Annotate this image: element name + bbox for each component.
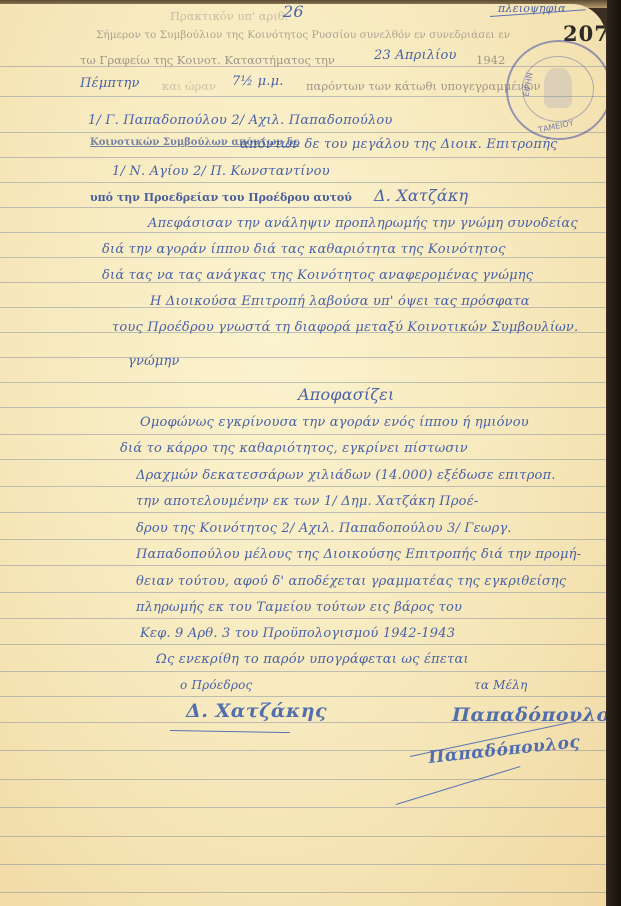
- signature-flourish: [396, 766, 521, 805]
- ruled-line: [0, 836, 606, 837]
- ruled-line: [0, 207, 606, 208]
- meeting-time: 7½ μ.μ.: [232, 74, 284, 89]
- ruled-line: [0, 892, 606, 893]
- body-line: Ομοφώνως εγκρίνουσα την αγοράν ενός ίππο…: [140, 415, 529, 430]
- body-line: τους Προέδρου γνωστά τη διαφορά μεταξύ Κ…: [112, 320, 578, 335]
- body-line: πληρωμής εκ του Ταμείου τούτων εις βάρος…: [136, 600, 462, 615]
- body-line: δρου της Κοινότητος 2/ Αχιλ. Παπαδοπούλο…: [136, 521, 512, 536]
- body-line: διά την αγοράν ίππου διά τας καθαριότητα…: [102, 242, 506, 257]
- printed-time-label: και ώραν: [162, 79, 216, 93]
- ruled-line: [0, 182, 606, 183]
- meeting-date: 23 Απριλίου: [374, 48, 457, 63]
- ruled-line: [0, 671, 606, 672]
- closing-formula: Ως ενεκρίθη το παρόν υπογράφεται ως έπετ…: [156, 652, 469, 667]
- member-signature-2: Παπαδόπουλος: [427, 732, 581, 768]
- budget-reference: Κεφ. 9 Αρθ. 3 του Προϋπολογισμού 1942-19…: [140, 626, 455, 641]
- attendees-line-2: απόντων δε του μεγάλου της Διοικ. Επιτρο…: [240, 137, 558, 152]
- ruled-line: [0, 232, 606, 233]
- body-line: θειαν τούτου, αφού δ' αποδέχεται γραμματ…: [136, 574, 566, 589]
- ledger-page: Πρακτικόν υπ' αριθ. 26 πλειοψηφία Σήμερο…: [0, 4, 606, 906]
- ruled-line: [0, 864, 606, 865]
- ruled-line: [0, 592, 606, 593]
- attendees-line-3: 1/ Ν. Αγίου 2/ Π. Κωνσταντίνου: [112, 164, 330, 179]
- entry-number: 26: [283, 4, 304, 21]
- ruled-line: [0, 644, 606, 645]
- ruled-line: [0, 459, 606, 460]
- ruled-line: [0, 486, 606, 487]
- body-line: Η Διοικούσα Επιτροπή λαβούσα υπ' όψει τα…: [150, 294, 530, 309]
- meeting-year: 1942: [476, 53, 505, 67]
- ruled-line: [0, 407, 606, 408]
- member-signature-1: Παπαδόπουλος: [452, 704, 606, 726]
- decision-heading: Αποφασίζει: [298, 385, 394, 404]
- body-line: την αποτελουμένην εκ των 1/ Δημ. Χατζάκη…: [136, 494, 478, 509]
- body-line: Παπαδοπούλου μέλους της Διοικούσης Επιτρ…: [136, 547, 581, 562]
- ruled-line: [0, 132, 606, 133]
- binding-right-edge: [607, 0, 621, 906]
- ruled-line: [0, 779, 606, 780]
- ruled-line: [0, 157, 606, 158]
- official-stamp: ΕΙΡΗΝ ΤΑΜΕΙΟΥ: [506, 40, 606, 140]
- ruled-line: [0, 807, 606, 808]
- printed-council-line: Σήμερον το Συμβούλιον της Κοινότητος Ρυσ…: [96, 29, 510, 41]
- attendees-line-1: 1/ Γ. Παπαδοπούλου 2/ Αχιλ. Παπαδοπούλου: [88, 113, 393, 128]
- ruled-line: [0, 696, 606, 697]
- president-name: Δ. Χατζάκη: [374, 186, 468, 205]
- printed-presidency-line: υπό την Προεδρείαν του Προέδρου αυτού: [90, 191, 352, 204]
- meeting-day: Πέμπτην: [80, 76, 140, 91]
- ruled-line: [0, 618, 606, 619]
- stamp-emblem-icon: [544, 68, 572, 108]
- ruled-line: [0, 512, 606, 513]
- body-line: γνώμην: [128, 354, 180, 369]
- signature-underline: [170, 730, 290, 733]
- printed-minutes-number-label: Πρακτικόν υπ' αριθ.: [170, 9, 288, 23]
- ruled-line: [0, 434, 606, 435]
- body-line: Δραχμών δεκατεσσάρων χιλιάδων (14.000) ε…: [136, 468, 556, 483]
- ruled-line: [0, 357, 606, 358]
- body-line: διά τας να τας ανάγκας της Κοινότητος αν…: [102, 268, 533, 283]
- stamp-bottom-text: ΤΑΜΕΙΟΥ: [537, 118, 574, 134]
- ruled-line: [0, 565, 606, 566]
- president-signature: Δ. Χατζάκης: [186, 700, 327, 722]
- ruled-line: [0, 382, 606, 383]
- printed-office-line: τω Γραφείω της Κοινοτ. Καταστήματος την: [80, 53, 335, 67]
- ruled-line: [0, 257, 606, 258]
- president-title: ο Πρόεδρος: [180, 678, 252, 692]
- body-line: Απεφάσισαν την ανάληψιν προπληρωμής την …: [148, 216, 578, 231]
- ruled-line: [0, 539, 606, 540]
- body-line: διά το κάρρο της καθαριότητος, εγκρίνει …: [120, 441, 468, 456]
- members-title: τα Μέλη: [474, 678, 527, 692]
